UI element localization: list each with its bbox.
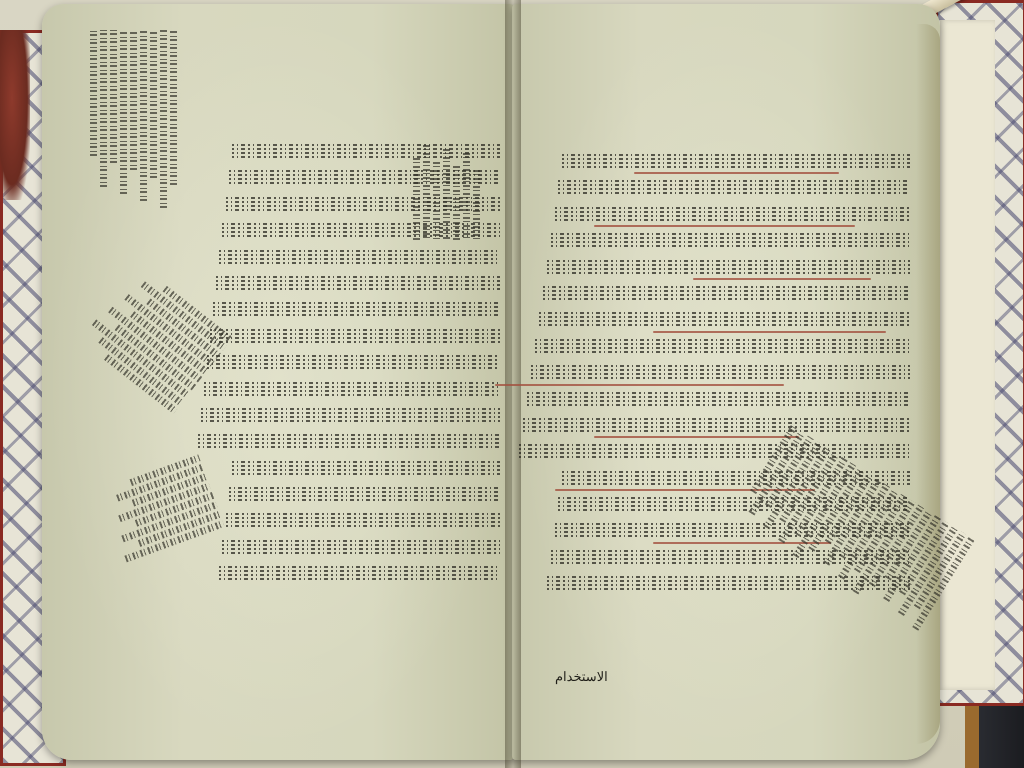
script-line (195, 376, 500, 402)
script-line (515, 359, 910, 385)
script-line (515, 306, 910, 332)
gutter-gloss (410, 140, 480, 240)
red-cover-stain (0, 30, 30, 200)
script-line (195, 270, 500, 296)
script-line (515, 386, 910, 412)
script-line (515, 412, 910, 438)
script-line (515, 201, 910, 227)
script-line (515, 280, 910, 306)
script-line (515, 174, 910, 200)
script-line (195, 296, 500, 322)
manuscript-photo: الاستخدام (0, 0, 1024, 768)
script-line (195, 507, 500, 533)
script-line (195, 402, 500, 428)
script-line (195, 560, 500, 586)
script-line (195, 244, 500, 270)
script-line (515, 227, 910, 253)
wooden-support (965, 700, 979, 768)
script-line (515, 333, 910, 359)
script-line (195, 534, 500, 560)
cover-flap (940, 20, 995, 690)
script-line (515, 148, 910, 174)
catchword: الاستخدام (555, 670, 608, 685)
script-line (515, 254, 910, 280)
script-line (515, 438, 910, 464)
script-line (195, 428, 500, 454)
script-line (195, 455, 500, 481)
script-line (195, 349, 500, 375)
script-line (195, 323, 500, 349)
left-vertical-gloss (90, 30, 180, 210)
script-line (195, 481, 500, 507)
